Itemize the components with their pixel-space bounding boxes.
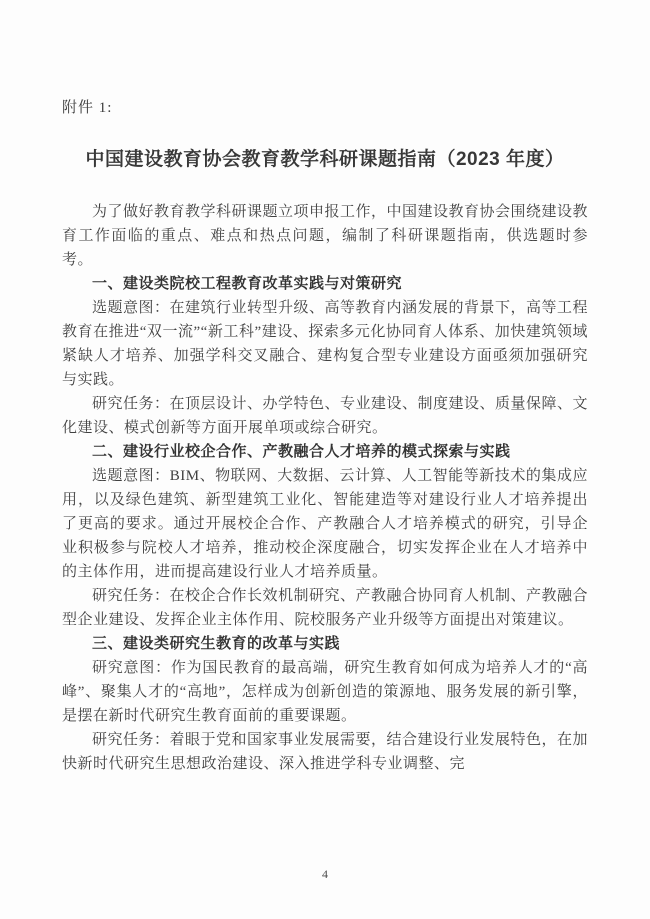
section-3-heading: 三、建设类研究生教育的改革与实践 [62, 632, 588, 656]
section-1-task-paragraph: 研究任务：在顶层设计、办学特色、专业建设、制度建设、质量保障、文化建设、模式创新… [62, 392, 588, 440]
document-page: 附件 1: 中国建设教育协会教育教学科研课题指南（2023 年度） 为了做好教育… [0, 0, 650, 919]
intro-paragraph: 为了做好教育教学科研课题立项申报工作，中国建设教育协会围绕建设教育工作面临的重点… [62, 200, 588, 272]
document-body: 为了做好教育教学科研课题立项申报工作，中国建设教育协会围绕建设教育工作面临的重点… [62, 200, 588, 776]
page-number: 4 [0, 866, 650, 882]
section-1-heading: 一、建设类院校工程教育改革实践与对策研究 [62, 272, 588, 296]
section-2-task-paragraph: 研究任务：在校企合作长效机制研究、产教融合协同育人机制、产教融合型企业建设、发挥… [62, 584, 588, 632]
attachment-label: 附件 1: [62, 97, 588, 119]
section-1-intent-paragraph: 选题意图：在建筑行业转型升级、高等教育内涵发展的背景下，高等工程教育在推进“双一… [62, 296, 588, 392]
section-2-heading: 二、建设行业校企合作、产教融合人才培养的模式探索与实践 [62, 440, 588, 464]
page-title: 中国建设教育协会教育教学科研课题指南（2023 年度） [62, 146, 588, 174]
section-3-task-paragraph: 研究任务：着眼于党和国家事业发展需要，结合建设行业发展特色，在加快新时代研究生思… [62, 728, 588, 776]
section-3-intent-paragraph: 研究意图：作为国民教育的最高端，研究生教育如何成为培养人才的“高峰”、聚集人才的… [62, 656, 588, 728]
section-2-intent-paragraph: 选题意图：BIM、物联网、大数据、云计算、人工智能等新技术的集成应用，以及绿色建… [62, 464, 588, 584]
